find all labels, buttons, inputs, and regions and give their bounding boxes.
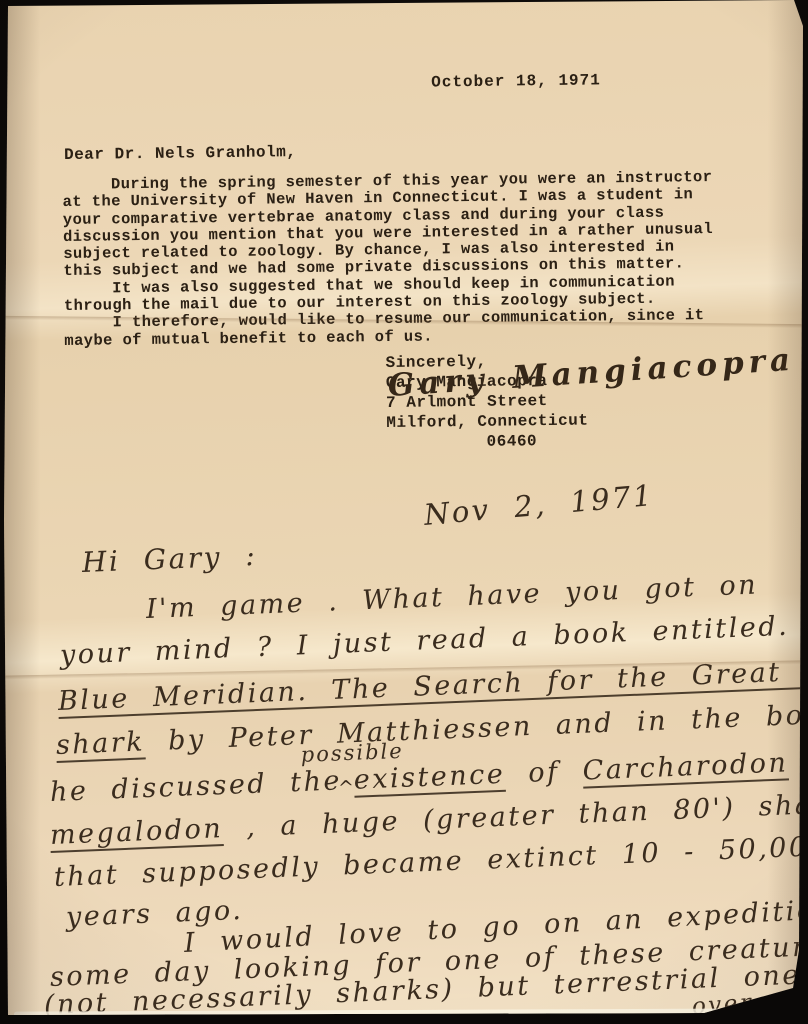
signature-block: Sincerely, Gary Mangiacopra Gary Mangiac… bbox=[386, 352, 589, 452]
address-zip: 06460 bbox=[387, 433, 589, 452]
inserted-word: possible bbox=[300, 739, 404, 767]
over-note: over bbox=[691, 990, 754, 1020]
typed-body: During the spring semester of this year … bbox=[62, 168, 764, 350]
line-text: of bbox=[528, 757, 560, 789]
insertion-mark: possible^ bbox=[341, 762, 354, 789]
typed-date: October 18, 1971 bbox=[431, 71, 601, 91]
address-city: Milford, Connecticut bbox=[386, 413, 588, 432]
letter-paper: October 18, 1971 Dear Dr. Nels Granholm,… bbox=[0, 0, 808, 1024]
underlined-word: shark bbox=[55, 726, 145, 761]
caret-icon: ^ bbox=[338, 777, 357, 800]
underlined-word: existence bbox=[353, 759, 506, 796]
handwritten-signature: Gary Mangiacopra bbox=[387, 342, 796, 404]
typed-salutation: Dear Dr. Nels Granholm, bbox=[64, 143, 297, 164]
handwritten-salutation: Hi Gary : bbox=[81, 539, 258, 579]
